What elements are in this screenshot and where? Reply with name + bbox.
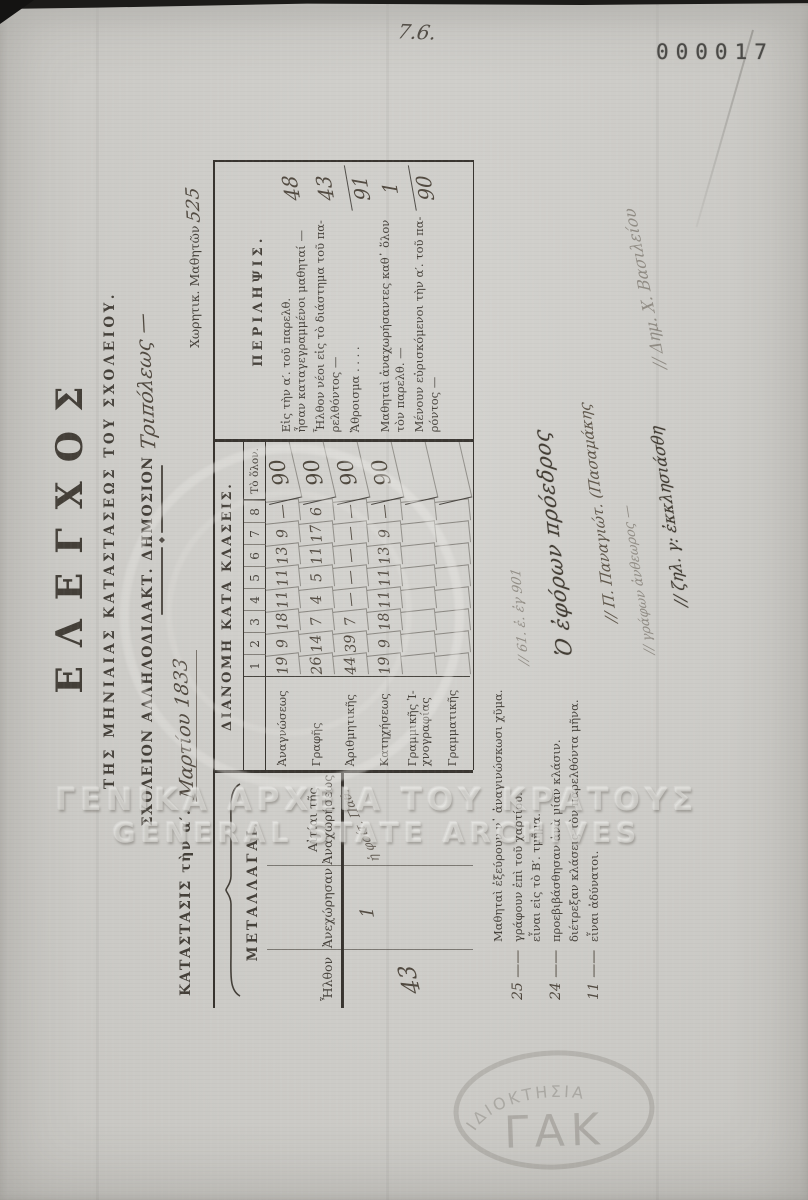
summary-text: ἦσαν καταγεγραμμένοι μαθηταί — [294, 211, 309, 432]
summary-text: ρελθόντος — [328, 211, 343, 432]
column-header-left: Ἀνεχώρησαν [267, 866, 339, 950]
summary-row: Μένουν εὑρισκόμενοι τὴν α′. τοῦ πα- ρόντ… [412, 165, 441, 432]
perilipsis-title: ΠΕΡΙΛΗΨΙΣ. [251, 162, 266, 439]
summary-row: Εἰς τὴν α′. τοῦ παρελθ. ἦσαν καταγεγραμμ… [279, 165, 308, 432]
summary-text: Μαθηταὶ ἀναχωρήσαντες καθ᾽ ὅλον [378, 211, 393, 432]
signature-ink: // ζηλ. γ: ἐκκλησιάσθη [646, 425, 691, 607]
property-stamp: ΙΔΙΟΚΤΗΣΙΑ ΓΑΚ [441, 1038, 668, 1182]
handwritten-folio-note: 7.6. [396, 19, 438, 44]
signature-pencil: // 61. ἐ. ἐγ 901 [509, 567, 533, 666]
summary-text: Μένουν εὑρισκόμενοι τὴν α′. τοῦ πα- [412, 211, 427, 432]
scanned-document-page: ΕΛΕΓΧΟΣ ΤΗΣ ΜΗΝΙΑΙΑΣ ΚΑΤΑΣΤΑΣΕΩΣ ΤΟΥ ΣΧΟ… [0, 0, 808, 1200]
summary-value-sum: 91 [344, 165, 377, 210]
archive-page-number: 000017 [656, 40, 774, 64]
signature-ink: // Π. Παναγιώτ. (Πασαμάκης [575, 401, 620, 623]
summary-row: Μαθηταὶ ἀναχωρήσαντες καθ᾽ ὅλον τὸν παρε… [378, 165, 407, 432]
summary-text: Ἄθροισμα . . . . [348, 211, 363, 432]
signature-pencil: // γράφων ἀνθεωρος — [619, 504, 658, 654]
capacity-handwritten: 525 [182, 185, 205, 223]
summary-value: 48 [275, 165, 307, 210]
summary-value: 43 [309, 165, 341, 210]
school-name-handwritten: Τριπόλεως — [129, 311, 160, 452]
capacity-line: Χωρητικ. Μαθητῶν 525 [183, 187, 204, 348]
signature-ink: Ὁ ἐφόρων πρόεδρος [529, 427, 577, 658]
signatures-area: // 61. ἐ. ἐγ 901 Ὁ ἐφόρων πρόεδρος // Π.… [483, 90, 719, 665]
column-divider [267, 865, 473, 866]
summary-text: Εἰς τὴν α′. τοῦ παρελθ. [279, 211, 294, 432]
perilipsis-rows: Εἰς τὴν α′. τοῦ παρελθ. ἦσαν καταγεγραμμ… [279, 165, 447, 432]
summary-row: Ἦλθον νέοι εἰς τὸ διάστημα τοῦ πα- ρελθό… [313, 165, 342, 432]
summary-text: ρόντος — [427, 211, 442, 432]
section-perilipsis: ΠΕΡΙΛΗΨΙΣ. Εἰς τὴν α′. τοῦ παρελθ. ἦσαν … [215, 160, 474, 439]
gak-emblem-watermark-inner [166, 490, 412, 736]
footnote-number: 11 —— [586, 942, 602, 1000]
footnote-number: 25 —— [510, 942, 526, 1000]
form-title: ΕΛΕΓΧΟΣ [49, 305, 91, 775]
column-header-came: Ἦλθον [267, 950, 339, 1008]
footnote-number: 24 —— [548, 942, 564, 1000]
left-value: 1 [356, 907, 379, 918]
stamp-center-text: ΓΑΚ [503, 1104, 606, 1159]
column-divider [267, 949, 473, 950]
summary-value: 1 [374, 165, 406, 210]
summary-text: Ἦλθον νέοι εἰς τὸ διάστημα τοῦ πα- [313, 211, 328, 432]
came-value: 43 [393, 964, 426, 994]
summary-value-sum: 90 [408, 165, 441, 210]
signature-pencil: // Δημ. Χ. Βασιλείου [619, 208, 670, 369]
watermark-greek: ΓΕΝΙΚΑ ΑΡΧΕΙΑ ΤΟΥ ΚΡΑΤΟΥΣ [27, 782, 727, 818]
watermark-english: GENERAL STATE ARCHIVES [27, 816, 727, 849]
form-subtitle: ΤΗΣ ΜΗΝΙΑΙΑΣ ΚΑΤΑΣΤΑΣΕΩΣ ΤΟΥ ΣΧΟΛΕΙΟΥ. [102, 265, 118, 815]
capacity-printed: Χωρητικ. Μαθητῶν [187, 226, 202, 348]
summary-row: Ἄθροισμα . . . . 91 [348, 165, 373, 432]
summary-text: τὸν παρελθ. — [393, 211, 408, 432]
